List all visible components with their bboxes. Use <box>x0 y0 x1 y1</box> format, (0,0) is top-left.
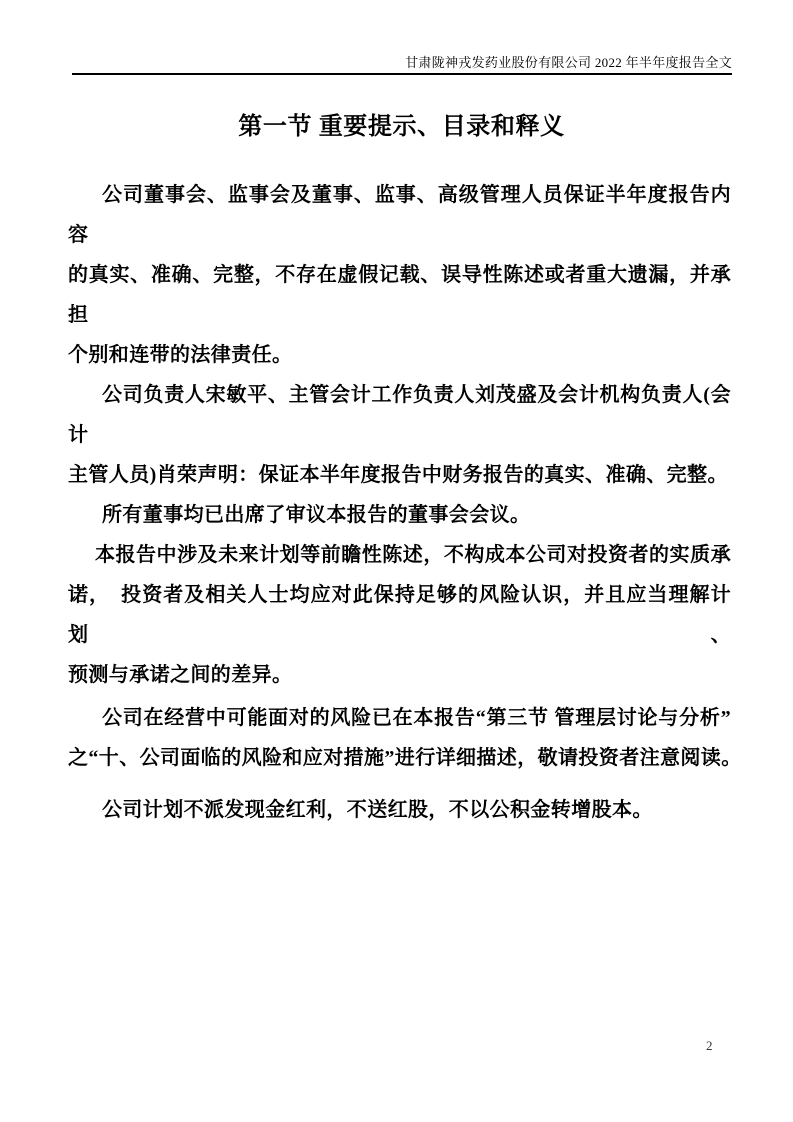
paragraph-line: 主管人员)肖荣声明：保证本半年度报告中财务报告的真实、准确、完整。 <box>68 455 731 495</box>
paragraph-line: 预测与承诺之间的差异。 <box>68 655 731 695</box>
paragraph-line: 之“十、公司面临的风险和应对措施”进行详细描述，敬请投资者注意阅读。 <box>68 738 731 778</box>
paragraph: 本报告中涉及未来计划等前瞻性陈述，不构成本公司对投资者的实质承诺， 投资者及相关… <box>68 535 731 695</box>
page-header: 甘肃陇神戎发药业股份有限公司 2022 年半年度报告全文 <box>72 55 732 75</box>
document-page: 甘肃陇神戎发药业股份有限公司 2022 年半年度报告全文 第一节 重要提示、目录… <box>0 0 793 1122</box>
section-title: 第一节 重要提示、目录和释义 <box>72 111 731 143</box>
paragraph-line: 本报告中涉及未来计划等前瞻性陈述，不构成本公司对投资者的实质承 <box>68 535 731 575</box>
paragraph: 公司负责人宋敏平、主管会计工作负责人刘茂盛及会计机构负责人(会计主管人员)肖荣声… <box>68 375 731 495</box>
paragraph-line: 的真实、准确、完整，不存在虚假记载、误导性陈述或者重大遗漏，并承担 <box>68 255 731 335</box>
paragraph: 所有董事均已出席了审议本报告的董事会会议。 <box>68 495 731 535</box>
paragraph-line: 公司在经营中可能面对的风险已在本报告“第三节 管理层讨论与分析” <box>68 698 731 738</box>
page-number: 2 <box>706 1038 713 1053</box>
paragraph-line: 公司负责人宋敏平、主管会计工作负责人刘茂盛及会计机构负责人(会计 <box>68 375 731 455</box>
header-text: 甘肃陇神戎发药业股份有限公司 2022 年半年度报告全文 <box>405 55 732 70</box>
document-body: 公司董事会、监事会及董事、监事、高级管理人员保证半年度报告内容的真实、准确、完整… <box>68 175 731 830</box>
paragraph-line: 个别和连带的法律责任。 <box>68 335 731 375</box>
paragraph-line: 公司董事会、监事会及董事、监事、高级管理人员保证半年度报告内容 <box>68 175 731 255</box>
paragraph-line: 所有董事均已出席了审议本报告的董事会会议。 <box>68 495 731 535</box>
paragraph-line: 公司计划不派发现金红利，不送红股，不以公积金转增股本。 <box>68 790 731 830</box>
paragraph: 公司在经营中可能面对的风险已在本报告“第三节 管理层讨论与分析”之“十、公司面临… <box>68 698 731 778</box>
paragraph-line: 诺， 投资者及相关人士均应对此保持足够的风险认识，并且应当理解计划、 <box>68 575 731 655</box>
paragraph: 公司计划不派发现金红利，不送红股，不以公积金转增股本。 <box>68 790 731 830</box>
paragraph: 公司董事会、监事会及董事、监事、高级管理人员保证半年度报告内容的真实、准确、完整… <box>68 175 731 375</box>
